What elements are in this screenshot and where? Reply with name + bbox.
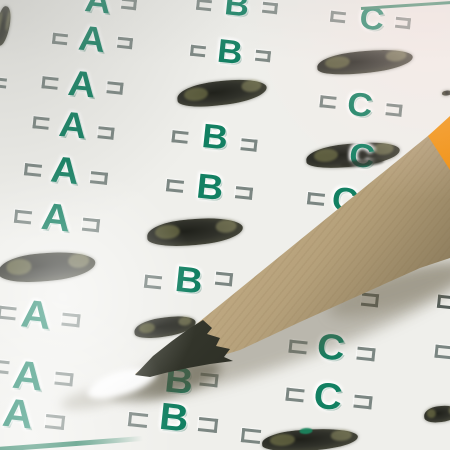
bubble-bracket-right (262, 2, 278, 15)
bubble-bracket-left (0, 77, 7, 88)
answer-letter-C: C (348, 138, 377, 173)
bubble-bracket-right (215, 272, 233, 287)
answer-letter-B: B (195, 168, 225, 206)
bubble-bracket-left (171, 130, 188, 144)
bubble-bracket-right (45, 414, 65, 430)
filled-bubble-mark (316, 47, 414, 77)
bubble-bracket-left (14, 210, 32, 225)
filled-bubble-mark (423, 404, 450, 423)
scantron-sheet-photo: AAAAAAAAABBBBBBBCCCCCC (0, 0, 450, 450)
answer-letter-A: A (19, 294, 53, 336)
bubble-bracket-right (90, 171, 108, 185)
bubble-bracket-right (235, 186, 253, 200)
bubble-bracket-right (54, 372, 73, 387)
bubble-bracket-right (61, 313, 80, 328)
answer-letter-C: C (346, 87, 375, 122)
answer-letter-A: A (66, 65, 97, 104)
bubble-bracket-right (240, 138, 257, 152)
bubble-bracket-left (434, 345, 450, 360)
filled-bubble-mark (442, 90, 450, 96)
answer-letter-B: B (223, 0, 251, 22)
bubble-bracket-left (41, 76, 58, 90)
bubble-bracket-right (198, 417, 218, 433)
bubble-bracket-right (117, 37, 133, 50)
bubble-bracket-right (106, 81, 123, 95)
bubble-bracket-left (0, 360, 10, 374)
bubble-bracket-left (196, 0, 212, 11)
bubble-bracket-right (121, 0, 137, 10)
answer-letter-A: A (49, 150, 81, 190)
filled-bubble-mark (0, 5, 13, 47)
bubble-bracket-right (385, 103, 402, 117)
answer-letter-A: A (83, 0, 112, 20)
bubble-bracket-left (190, 45, 206, 58)
answer-letter-B: B (158, 398, 191, 439)
bubble-bracket-left (24, 163, 42, 177)
bubble-bracket-left (52, 33, 68, 46)
answer-letter-B: B (216, 34, 245, 69)
bubble-bracket-left (319, 95, 336, 109)
bubble-bracket-right (82, 218, 100, 233)
bubble-bracket-left (144, 275, 162, 290)
bubble-bracket-left (32, 116, 49, 130)
answer-letter-C: C (312, 376, 344, 416)
filled-bubble-mark (146, 216, 244, 249)
bubble-bracket-right (395, 17, 411, 30)
answer-letter-B: B (173, 261, 204, 300)
filled-bubble-mark (176, 76, 268, 109)
bubble-bracket-left (307, 192, 325, 206)
bubble-bracket-left (241, 428, 261, 444)
filled-bubble-mark (0, 250, 96, 285)
bubble-bracket-right (353, 395, 372, 410)
bubble-bracket-left (330, 11, 346, 24)
bubble-bracket-right (356, 347, 375, 362)
bubble-bracket-left (285, 388, 304, 403)
answer-letter-A: A (40, 198, 73, 239)
answer-letter-B: B (200, 119, 229, 156)
bubble-bracket-right (255, 50, 271, 63)
answer-letter-A: A (1, 393, 36, 436)
answer-letter-A: A (77, 20, 107, 58)
bubble-bracket-left (0, 306, 17, 321)
bubble-bracket-left (166, 179, 184, 193)
bubble-bracket-right (97, 126, 114, 140)
answer-letter-A: A (57, 106, 88, 145)
divider-line (0, 436, 143, 450)
bubble-bracket-left (128, 412, 148, 428)
